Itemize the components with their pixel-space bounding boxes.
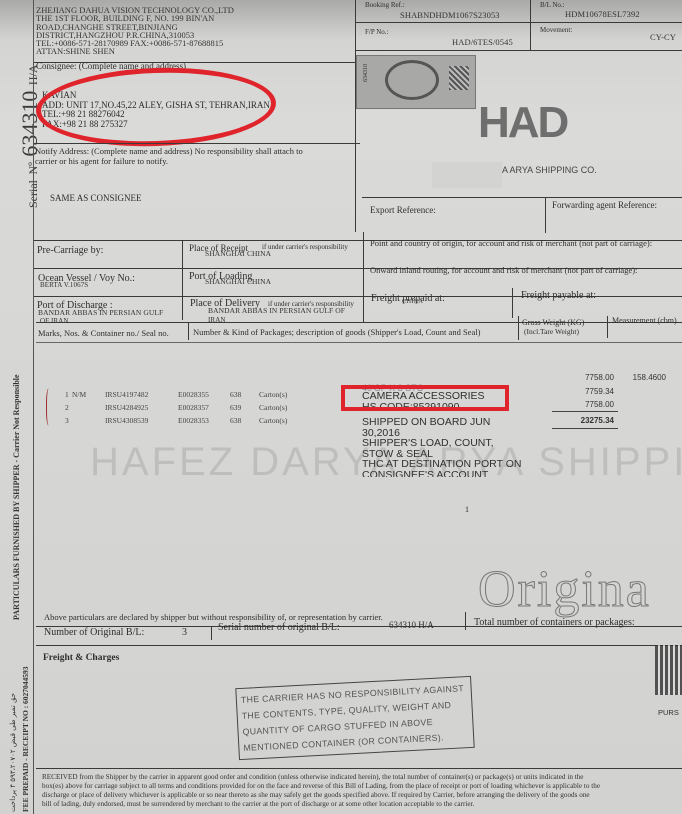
bl-no-value: HDM10678ESL7392 (565, 9, 640, 19)
particulars-side-label: PARTICULARS FURNISHED BY SHIPPER - Carri… (12, 374, 21, 620)
num-originals-value: 3 (182, 627, 187, 638)
ocean-vessel-value: BERTA V.1067S (40, 281, 88, 289)
row-no: 1 (65, 390, 69, 399)
divider (545, 197, 546, 233)
declaration-text: Above particulars are declared by shippe… (44, 612, 383, 622)
divider (465, 612, 466, 630)
redaction (432, 162, 502, 188)
port-of-discharge-value: BANDAR ABBAS IN PERSIAN GULF (38, 308, 163, 317)
onward-routing-label: Onward inland routing, for account and r… (370, 265, 637, 275)
red-highlight-ellipse (35, 64, 278, 150)
notify-label: Notify Address: (Complete name and addre… (35, 146, 303, 156)
divider (36, 322, 682, 323)
fine-print-line: box(es) above for carriage subject to al… (42, 782, 682, 791)
divider (36, 342, 682, 343)
divider (512, 288, 513, 318)
fine-print-line: bill of lading, duly endorsed, must be s… (42, 800, 682, 809)
handwritten-bracket (46, 388, 53, 426)
divider (552, 411, 618, 412)
bl-no-label: B/L No.: (540, 1, 565, 9)
movement-value: CY-CY (650, 32, 676, 42)
weight-row-2: 7759.34 (570, 387, 614, 396)
freight-charges-label: Freight & Charges (43, 653, 119, 663)
row-seal: E0028353 (178, 416, 209, 425)
freight-prepaid-value: CHINA (402, 298, 423, 305)
had-seal-icon (385, 60, 439, 100)
divider (552, 428, 618, 429)
place-of-receipt-note: if under carrier's responsibility (262, 243, 348, 251)
carrier-disclaimer-stamp: THE CARRIER HAS NO RESPONSIBILITY AGAINS… (235, 676, 474, 760)
place-of-receipt-value: SHANGHAI CHINA (205, 249, 271, 258)
badge-serial: 634310 (363, 64, 369, 82)
divider (518, 316, 519, 340)
pre-carriage-label: Pre-Carriage by: (37, 245, 103, 256)
divider (363, 232, 364, 322)
marks-header: Marks, Nos. & Container no./ Seal no. (38, 328, 169, 338)
remark-line: SHIPPED ON BOARD JUN (362, 417, 521, 428)
shipper-address: ZHEJIANG DAHUA VISION TECHNOLOGY CO.,LTD… (36, 6, 234, 56)
divider (362, 197, 682, 198)
persian-side-label: حق تمبر طی قبض ۵۹۳،۲۰۷۰۲ ۴ پرداخت (9, 693, 17, 812)
booking-ref-label: Booking Ref.: (365, 1, 405, 9)
measurement-total: 158.4600 (622, 373, 666, 382)
divider (36, 645, 682, 646)
row-marks: N/M (72, 390, 86, 399)
packages-header: Number & Kind of Packages; description o… (193, 327, 513, 337)
port-of-discharge-value-2: OF IRAN (40, 317, 69, 325)
security-badge: 634310 (356, 55, 476, 109)
gross-weight-subheader: (Incl.Tare Weight) (524, 327, 579, 336)
original-watermark: Origina (478, 560, 651, 619)
fine-print-line: RECEIVED from the Shipper by the carrier… (42, 773, 682, 782)
freight-payable-label: Freight payable at: (521, 290, 596, 301)
shipper-line: ATTAN:SHINE SHEN (36, 47, 234, 55)
weight-total: 23275.34 (570, 416, 614, 425)
place-of-delivery-value: BANDAR ABBAS IN PERSIAN GULF OF (208, 306, 345, 315)
divider (182, 240, 183, 320)
row-qty: 638 (230, 390, 241, 399)
company-watermark: HAFEZ DARYA ARYA SHIPPING CO. (90, 440, 682, 485)
row-container: IRSU4197482 (105, 390, 148, 399)
serial-original-label: Serial number of original B/L: (218, 622, 340, 633)
divider (36, 768, 682, 769)
booking-ref-value: SHABNDHDM1067S23053 (400, 10, 500, 20)
divider (355, 50, 682, 51)
carrier-name: A ARYA SHIPPING CO. (502, 165, 597, 175)
serial-original-value: 634310 H/A (389, 620, 434, 630)
weight-row-1: 7758.00 (570, 373, 614, 382)
row-container: IRSU4284925 (105, 403, 148, 412)
qr-caption: PURS (658, 708, 679, 717)
divider (355, 22, 682, 23)
fp-no-value: HAD/6TES/0545 (452, 37, 513, 47)
export-reference-label: Export Reference: (370, 205, 436, 215)
divider (33, 143, 360, 144)
row-no: 2 (65, 403, 69, 412)
left-border (33, 0, 34, 814)
measurement-header: Measurement (cbm) (612, 316, 677, 325)
receipt-side-label: FEE PREPAID - RECEIPT NO : 6027044593 (21, 666, 30, 812)
row-seal: E0028355 (178, 390, 209, 399)
movement-label: Movement: (540, 26, 572, 34)
fp-no-label: F/P No.: (365, 28, 388, 36)
terms-fine-print: RECEIVED from the Shipper by the carrier… (42, 773, 682, 809)
num-originals-label: Number of Original B/L: (44, 627, 144, 638)
qr-code (655, 645, 682, 695)
point-of-origin-label: Point and country of origin, for account… (370, 238, 652, 248)
notify-label-2: carrier or his agent for failure to noti… (35, 156, 168, 166)
row-seal: E0028357 (178, 403, 209, 412)
fine-print-line: discharge or place of delivery whichever… (42, 791, 682, 800)
total-containers-label: Total number of containers or packages: (474, 617, 635, 628)
gross-weight-header: Gross Weight (KG) (522, 318, 584, 327)
forwarding-agent-label: Forwarding agent Reference: (552, 200, 657, 210)
row-unit: Carton(s) (259, 390, 287, 399)
row-no: 3 (65, 416, 69, 425)
row-unit: Carton(s) (259, 403, 287, 412)
had-logo: HAD (478, 98, 567, 148)
row-qty: 638 (230, 416, 241, 425)
qr-mini-icon (449, 66, 469, 90)
row-qty: 639 (230, 403, 241, 412)
bill-of-lading-page: ZHEJIANG DAHUA VISION TECHNOLOGY CO.,LTD… (0, 0, 682, 814)
divider (211, 626, 212, 640)
notify-value: SAME AS CONSIGNEE (50, 193, 142, 203)
divider (530, 0, 531, 50)
page-marker: 1 (465, 505, 469, 514)
divider (188, 322, 189, 340)
serial-number: Serial Nº 634310 H/A (17, 68, 43, 208)
port-of-loading-value: SHANGHAI CHINA (205, 277, 271, 286)
red-highlight-rectangle (341, 385, 509, 411)
weight-row-3: 7758.00 (570, 400, 614, 409)
row-unit: Carton(s) (259, 416, 287, 425)
row-container: IRSU4308539 (105, 416, 148, 425)
divider (607, 316, 608, 338)
divider (355, 0, 356, 232)
